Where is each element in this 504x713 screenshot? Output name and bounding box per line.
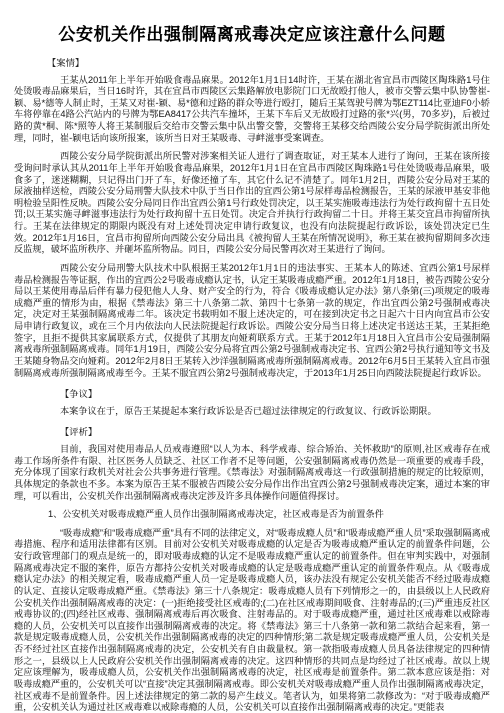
section-label-case-facts: 【案情】	[47, 58, 490, 70]
page-title: 公安机关作出强制隔离戒毒决定应该注意什么问题	[14, 24, 490, 45]
case-facts-paragraph-2: 西陵公安分局学院街派出所民警对涉案相关证人进行了调查取证，对王某本人进行了询问，…	[14, 151, 490, 256]
analysis-intro-paragraph: 目前，我国对使用毒品人员戒毒遵照“以人为本、科学戒毒、综合矫治、关怀救助”的原则…	[14, 444, 490, 502]
section-label-analysis: 【评析】	[60, 427, 490, 439]
case-facts-paragraph-3: 西陵公安分局刑警大队技术中队根据王某2012年1月1日的违法事实、王某本人的陈述…	[14, 263, 490, 379]
document-page: 公安机关作出强制隔离戒毒决定应该注意什么问题 【案情】 王某从2011年上半年开…	[0, 0, 504, 713]
dispute-paragraph: 本案争议在于，原告王某提起本案行政诉讼是否已超过法律规定的行政复议、行政诉讼期限…	[14, 406, 490, 418]
analysis-issue-paragraph: “吸毒成瘾”和“吸毒成瘾严重”具有不同的法律定义，对“吸毒成瘾人员”和“吸毒成瘾…	[14, 528, 490, 713]
case-facts-paragraph-1: 王某从2011年上半年开始吸食毒品麻果。2012年1月1日14时许，王某在湖北省…	[14, 75, 490, 145]
section-label-dispute: 【争议】	[60, 389, 490, 401]
analysis-issue-heading: 1、公安机关对吸毒成瘾严重人员作出强制隔离戒毒决定，社区戒毒是否为前置条件	[14, 509, 490, 521]
